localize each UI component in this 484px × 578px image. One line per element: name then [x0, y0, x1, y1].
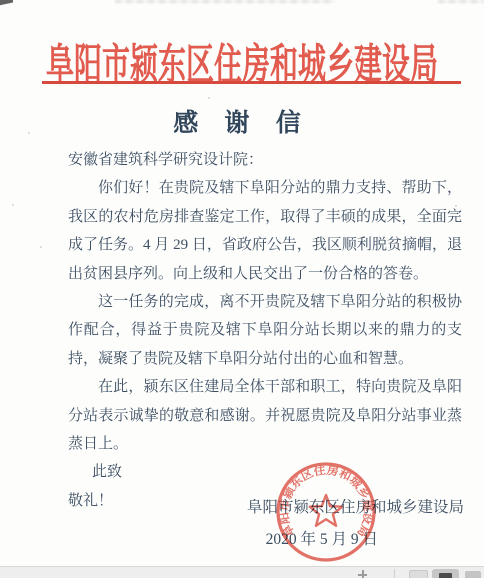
salutation: 安徽省建筑科学研究设计院： [68, 146, 462, 174]
document-title: 感 谢 信 [0, 103, 484, 139]
active-view-button[interactable] [432, 569, 459, 578]
closing-cizhi: 此致 [68, 458, 462, 486]
letterhead-rule [42, 81, 461, 84]
scan-speck [208, 97, 210, 99]
zoom-in-icon[interactable] [358, 570, 367, 578]
view-mode-icon [439, 573, 452, 578]
scan-speck [40, 246, 42, 248]
paragraph-1: 你们好！在贵院及辖下阜阳分站的鼎力支持、帮助下，我区的农村危房排查鉴定工作，取得… [68, 174, 462, 288]
paragraph-3: 在此，颍东区住建局全体干部和职工，特向贵院及阜阳分站表示诚挚的敬意和感谢。并祝愿… [68, 373, 462, 458]
paragraph-2: 这一任务的完成，离不开贵院及辖下阜阳分站的积极协作配合，得益于贵院及辖下阜阳分站… [68, 288, 462, 373]
scan-edge-noise [438, 0, 484, 3]
letter-body: 安徽省建筑科学研究设计院： 你们好！在贵院及辖下阜阳分站的鼎力支持、帮助下，我区… [68, 146, 462, 515]
scan-edge-noise [115, 0, 335, 3]
pages-icon[interactable] [409, 570, 428, 578]
scanned-letter-view: 阜阳市颍东区住房和城乡建设局 感 谢 信 安徽省建筑科学研究设计院： 你们好！在… [0, 0, 484, 578]
toolbar-divider [394, 569, 395, 578]
signature-date: 2020 年 5 月 9 日 [266, 527, 378, 549]
scan-corner-mark [0, 0, 13, 6]
scan-speck [12, 204, 14, 206]
partial-icon[interactable] [465, 571, 481, 578]
viewer-toolbar [0, 566, 484, 578]
signature-org: 阜阳市颍东区住房和城乡建设局 [247, 495, 464, 517]
